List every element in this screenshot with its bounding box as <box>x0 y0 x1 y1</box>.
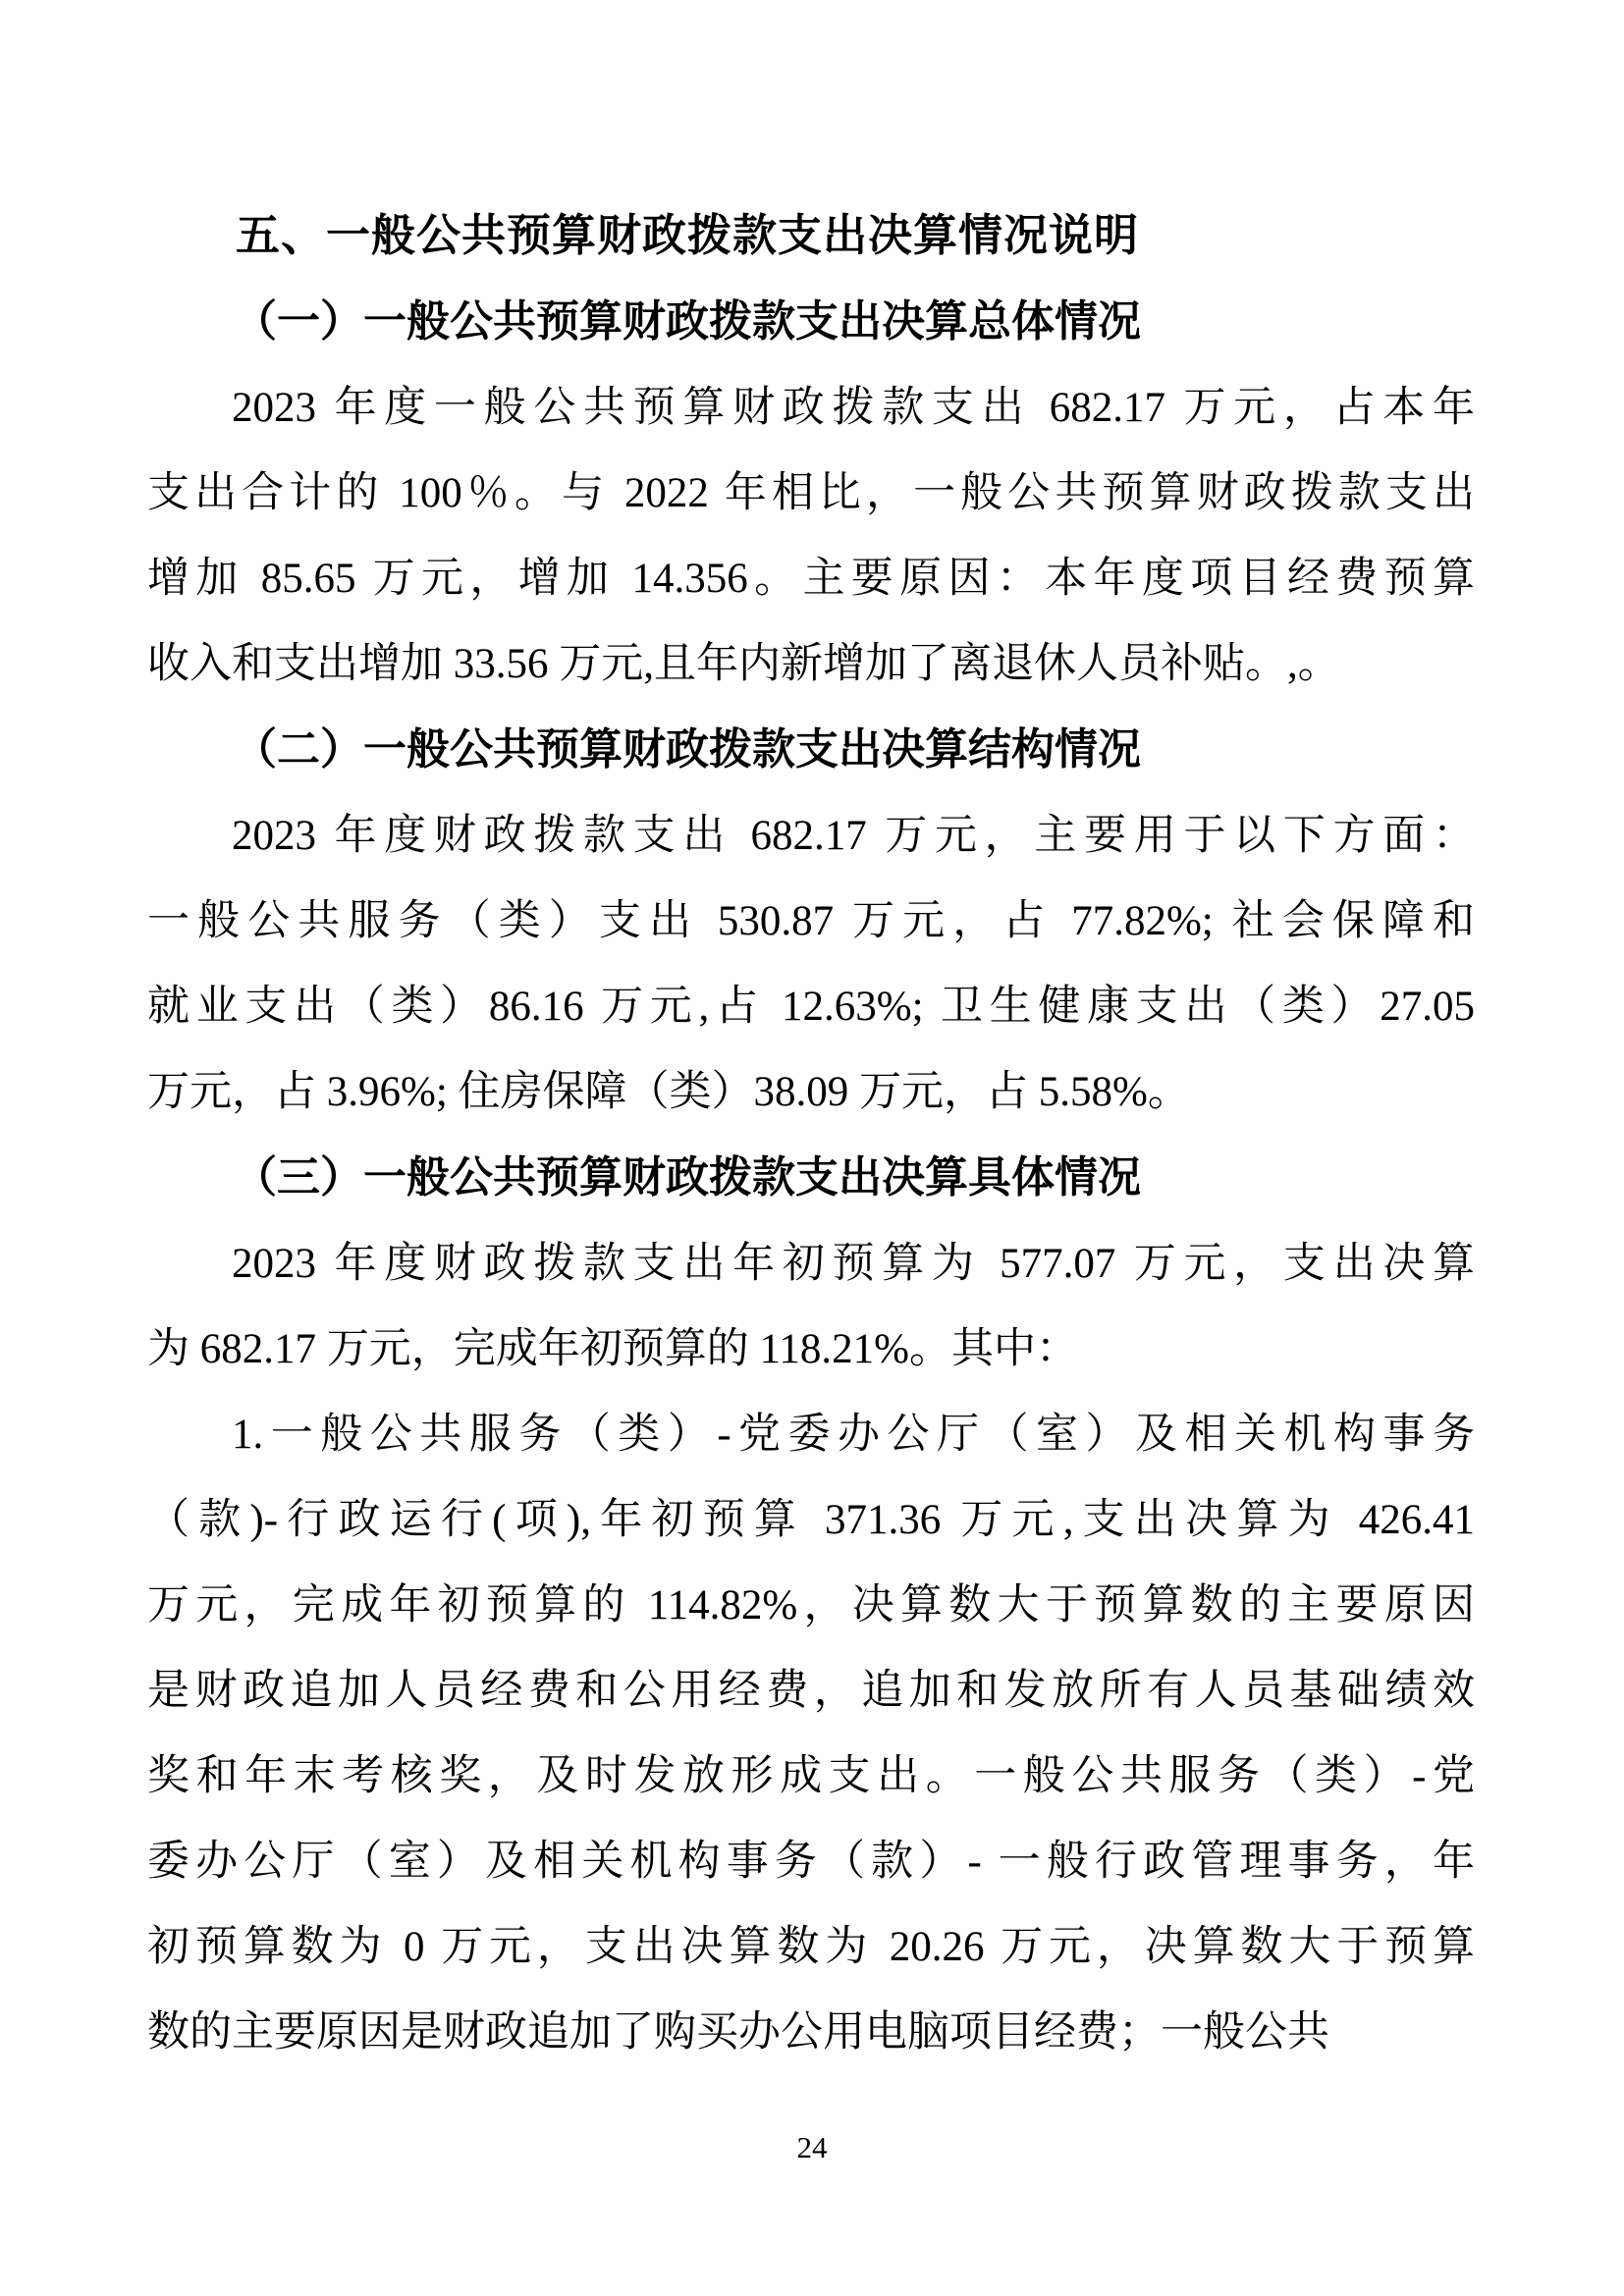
section-3-paragraph-2-line-3: 万元，完成年初预算的 114.82%，决算数大于预算数的主要原因 <box>147 1563 1475 1648</box>
section-1-paragraph-1-line-2: 支出合计的 100％。与 2022 年相比，一般公共预算财政拨款支出 <box>147 451 1475 536</box>
section-1-heading: （一）一般公共预算财政拨款支出决算总体情况 <box>147 279 1475 365</box>
document-page: 五、一般公共预算财政拨款支出决算情况说明 （一）一般公共预算财政拨款支出决算总体… <box>0 0 1624 2296</box>
section-3-paragraph-2-line-7: 初预算数为 0 万元，支出决算数为 20.26 万元，决算数大于预算 <box>147 1904 1475 1990</box>
section-2-heading: （二）一般公共预算财政拨款支出决算结构情况 <box>147 707 1475 793</box>
section-2-paragraph-1-line-3: 就业支出（类）86.16 万元,占 12.63%; 卫生健康支出（类）27.05 <box>147 964 1475 1049</box>
section-3-paragraph-2-line-8: 数的主要原因是财政追加了购买办公用电脑项目经费；一般公共 <box>147 1990 1475 2075</box>
document-content: 五、一般公共预算财政拨款支出决算情况说明 （一）一般公共预算财政拨款支出决算总体… <box>147 192 1475 2075</box>
section-3-paragraph-2-line-2: （款)-行政运行(项),年初预算 371.36 万元,支出决算为 426.41 <box>147 1477 1475 1563</box>
section-3-heading: （三）一般公共预算财政拨款支出决算具体情况 <box>147 1135 1475 1221</box>
section-1-paragraph-1-line-1: 2023 年度一般公共预算财政拨款支出 682.17 万元，占本年 <box>147 365 1475 451</box>
section-3-paragraph-2-line-5: 奖和年末考核奖，及时发放形成支出。一般公共服务（类）-党 <box>147 1734 1475 1819</box>
page-number: 24 <box>0 2128 1624 2167</box>
section-1-paragraph-1-line-3: 增加 85.65 万元，增加 14.356。主要原因：本年度项目经费预算 <box>147 536 1475 621</box>
section-2-paragraph-1-line-1: 2023 年度财政拨款支出 682.17 万元，主要用于以下方面： <box>147 793 1475 879</box>
section-1-paragraph-1-line-4: 收入和支出增加 33.56 万元,且年内新增加了离退休人员补贴。,。 <box>147 621 1475 707</box>
section-3-paragraph-2-line-6: 委办公厅（室）及相关机构事务（款）- 一般行政管理事务，年 <box>147 1819 1475 1904</box>
section-2-paragraph-1-line-2: 一般公共服务（类）支出 530.87 万元，占 77.82%; 社会保障和 <box>147 879 1475 964</box>
section-3-paragraph-2-line-1: 1.一般公共服务（类）-党委办公厅（室）及相关机构事务 <box>147 1392 1475 1477</box>
section-3-paragraph-2-line-4: 是财政追加人员经费和公用经费，追加和发放所有人员基础绩效 <box>147 1648 1475 1734</box>
section-3-paragraph-1-line-1: 2023 年度财政拨款支出年初预算为 577.07 万元，支出决算 <box>147 1221 1475 1307</box>
section-2-paragraph-1-line-4: 万元，占 3.96%; 住房保障（类）38.09 万元，占 5.58%。 <box>147 1049 1475 1135</box>
section-3-paragraph-1-line-2: 为 682.17 万元，完成年初预算的 118.21%。其中： <box>147 1307 1475 1392</box>
document-title: 五、一般公共预算财政拨款支出决算情况说明 <box>147 192 1475 279</box>
